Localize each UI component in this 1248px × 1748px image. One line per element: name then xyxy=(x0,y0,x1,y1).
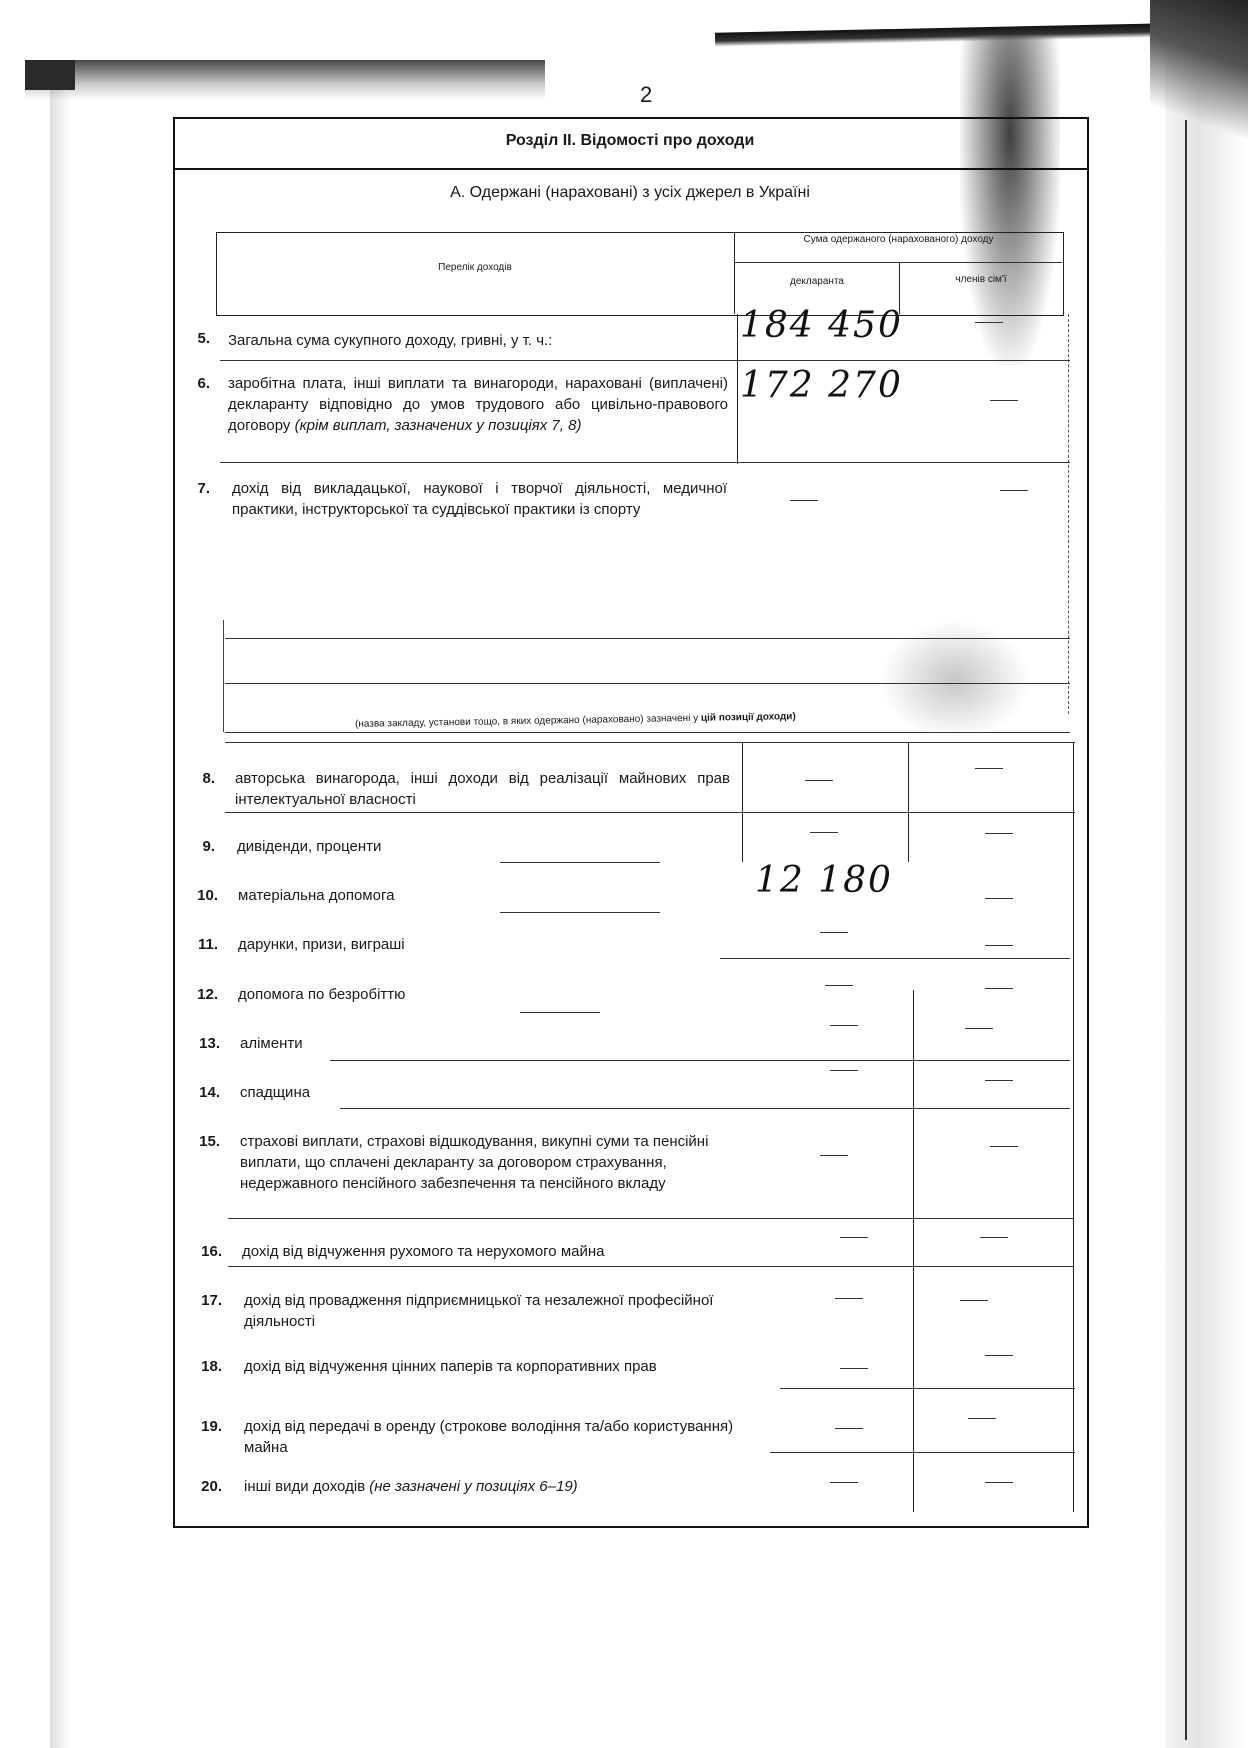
declarant-value[interactable]: 184 450 xyxy=(740,305,903,346)
row-label: авторська винагорода, інші доходи від ре… xyxy=(235,768,730,810)
row-label: дарунки, призи, виграші xyxy=(238,934,718,955)
row-divider xyxy=(500,862,660,863)
row-label: матеріальна допомога xyxy=(238,885,718,906)
row-number: 13. xyxy=(190,1035,220,1052)
row-number: 14. xyxy=(190,1084,220,1101)
row-label: страхові виплати, страхові відшкодування… xyxy=(240,1131,710,1194)
column-header-amount: Сума одержаного (нарахованого) доходу xyxy=(735,234,1062,245)
row-number: 20. xyxy=(192,1478,222,1495)
scan-shadow xyxy=(50,80,70,1748)
row-label: дохід від відчуження рухомого та нерухом… xyxy=(242,1241,722,1262)
column-header-income-list: Перелік доходів xyxy=(216,262,734,273)
row-divider xyxy=(520,1012,600,1013)
family-value-dash[interactable] xyxy=(990,1146,1018,1147)
row-number: 8. xyxy=(185,770,215,787)
section-title: Розділ ІІ. Відомості про доходи xyxy=(173,132,1087,150)
declarant-value[interactable]: 12 180 xyxy=(755,860,893,901)
row-number: 16. xyxy=(192,1243,222,1260)
row-label-note: (не зазначені у позиціях 6–19) xyxy=(369,1478,577,1495)
row-label: дивіденди, проценти xyxy=(237,836,717,857)
family-value-dash[interactable] xyxy=(990,400,1018,401)
declarant-value[interactable]: 172 270 xyxy=(740,365,903,406)
family-value-dash[interactable] xyxy=(985,833,1013,834)
row-divider xyxy=(330,1060,1070,1061)
row-number: 9. xyxy=(185,838,215,855)
divider xyxy=(734,262,1062,263)
column-header-declarant: декларанта xyxy=(735,276,899,287)
family-value-dash[interactable] xyxy=(968,1418,996,1419)
row-label: дохід від відчуження цінних паперів та к… xyxy=(244,1356,734,1377)
column-header-family: членів сім'ї xyxy=(900,274,1062,285)
divider xyxy=(1073,742,1074,1512)
family-value-dash[interactable] xyxy=(975,768,1003,769)
scan-shadow xyxy=(715,23,1165,46)
row-divider xyxy=(780,1388,1075,1389)
row-number: 17. xyxy=(192,1292,222,1309)
scan-shadow xyxy=(1150,0,1248,140)
declarant-value-dash[interactable] xyxy=(835,1428,863,1429)
scan-shadow xyxy=(25,60,75,90)
scan-shadow xyxy=(25,60,545,100)
family-value-dash[interactable] xyxy=(980,1237,1008,1238)
declarant-value-dash[interactable] xyxy=(840,1368,868,1369)
row-label: допомога по безробіттю xyxy=(238,984,718,1005)
row-label-note: (крім виплат, зазначених у позиціях 7, 8… xyxy=(295,417,582,434)
family-value-dash[interactable] xyxy=(960,1300,988,1301)
row-number: 19. xyxy=(192,1418,222,1435)
declarant-value-dash[interactable] xyxy=(805,780,833,781)
row-divider xyxy=(225,742,1075,743)
row-number: 12. xyxy=(188,986,218,1003)
family-value-dash[interactable] xyxy=(985,1080,1013,1081)
declarant-value-dash[interactable] xyxy=(810,832,838,833)
row-number: 5. xyxy=(180,330,210,347)
institution-line xyxy=(225,638,1070,639)
declarant-value-dash[interactable] xyxy=(830,1482,858,1483)
row-number: 11. xyxy=(188,936,218,953)
row-label: дохід від передачі в оренду (строкове во… xyxy=(244,1416,734,1458)
row-divider xyxy=(228,1266,1073,1267)
family-value-dash[interactable] xyxy=(1000,490,1028,491)
row-divider xyxy=(220,360,1070,361)
divider xyxy=(173,168,1087,170)
declarant-value-dash[interactable] xyxy=(825,985,853,986)
row-number: 7. xyxy=(180,480,210,497)
divider xyxy=(908,742,909,862)
divider xyxy=(742,742,743,862)
declarant-value-dash[interactable] xyxy=(790,500,818,501)
row-divider xyxy=(228,1218,1073,1219)
declarant-value-dash[interactable] xyxy=(840,1237,868,1238)
family-value-dash[interactable] xyxy=(965,1028,993,1029)
family-value-dash[interactable] xyxy=(985,988,1013,989)
page-number: 2 xyxy=(640,82,652,108)
row-number: 18. xyxy=(192,1358,222,1375)
row-label-text: інші види доходів xyxy=(244,1478,365,1495)
row-number: 10. xyxy=(188,887,218,904)
row-label: інші види доходів (не зазначені у позиці… xyxy=(244,1476,764,1497)
row-divider xyxy=(220,462,1070,463)
scan-shadow xyxy=(1165,0,1248,1748)
row-label: дохід від викладацької, наукової і творч… xyxy=(232,478,727,520)
declarant-value-dash[interactable] xyxy=(820,932,848,933)
declarant-value-dash[interactable] xyxy=(820,1155,848,1156)
row-divider xyxy=(340,1108,1070,1109)
row-label: Загальна сума сукупного доходу, гривні, … xyxy=(228,330,728,351)
row-label: спадщина xyxy=(240,1082,720,1103)
family-value-dash[interactable] xyxy=(985,1482,1013,1483)
family-value-dash[interactable] xyxy=(985,898,1013,899)
family-value-dash[interactable] xyxy=(985,1355,1013,1356)
declarant-value-dash[interactable] xyxy=(830,1025,858,1026)
divider xyxy=(913,990,914,1512)
declarant-value-dash[interactable] xyxy=(835,1298,863,1299)
row-divider xyxy=(720,958,1070,959)
row-label: дохід від провадження підприємницької та… xyxy=(244,1290,734,1332)
row-divider xyxy=(770,1452,1075,1453)
family-value-dash[interactable] xyxy=(975,322,1003,323)
row-number: 15. xyxy=(190,1133,220,1150)
row-label: аліменти xyxy=(240,1033,720,1054)
institution-line xyxy=(225,732,1070,733)
divider xyxy=(737,314,738,464)
subsection-title: А. Одержані (нараховані) з усіх джерел в… xyxy=(173,184,1087,202)
family-value-dash[interactable] xyxy=(985,945,1013,946)
row-label: заробітна плата, інші виплати та винагор… xyxy=(228,373,728,436)
institution-caption-bold: цій позиції доходи) xyxy=(701,711,796,724)
institution-line xyxy=(225,683,1070,684)
declarant-value-dash[interactable] xyxy=(830,1070,858,1071)
row-divider xyxy=(225,812,1075,813)
page-fold-line xyxy=(1185,120,1187,1740)
row-number: 6. xyxy=(180,375,210,392)
row-divider xyxy=(500,912,660,913)
